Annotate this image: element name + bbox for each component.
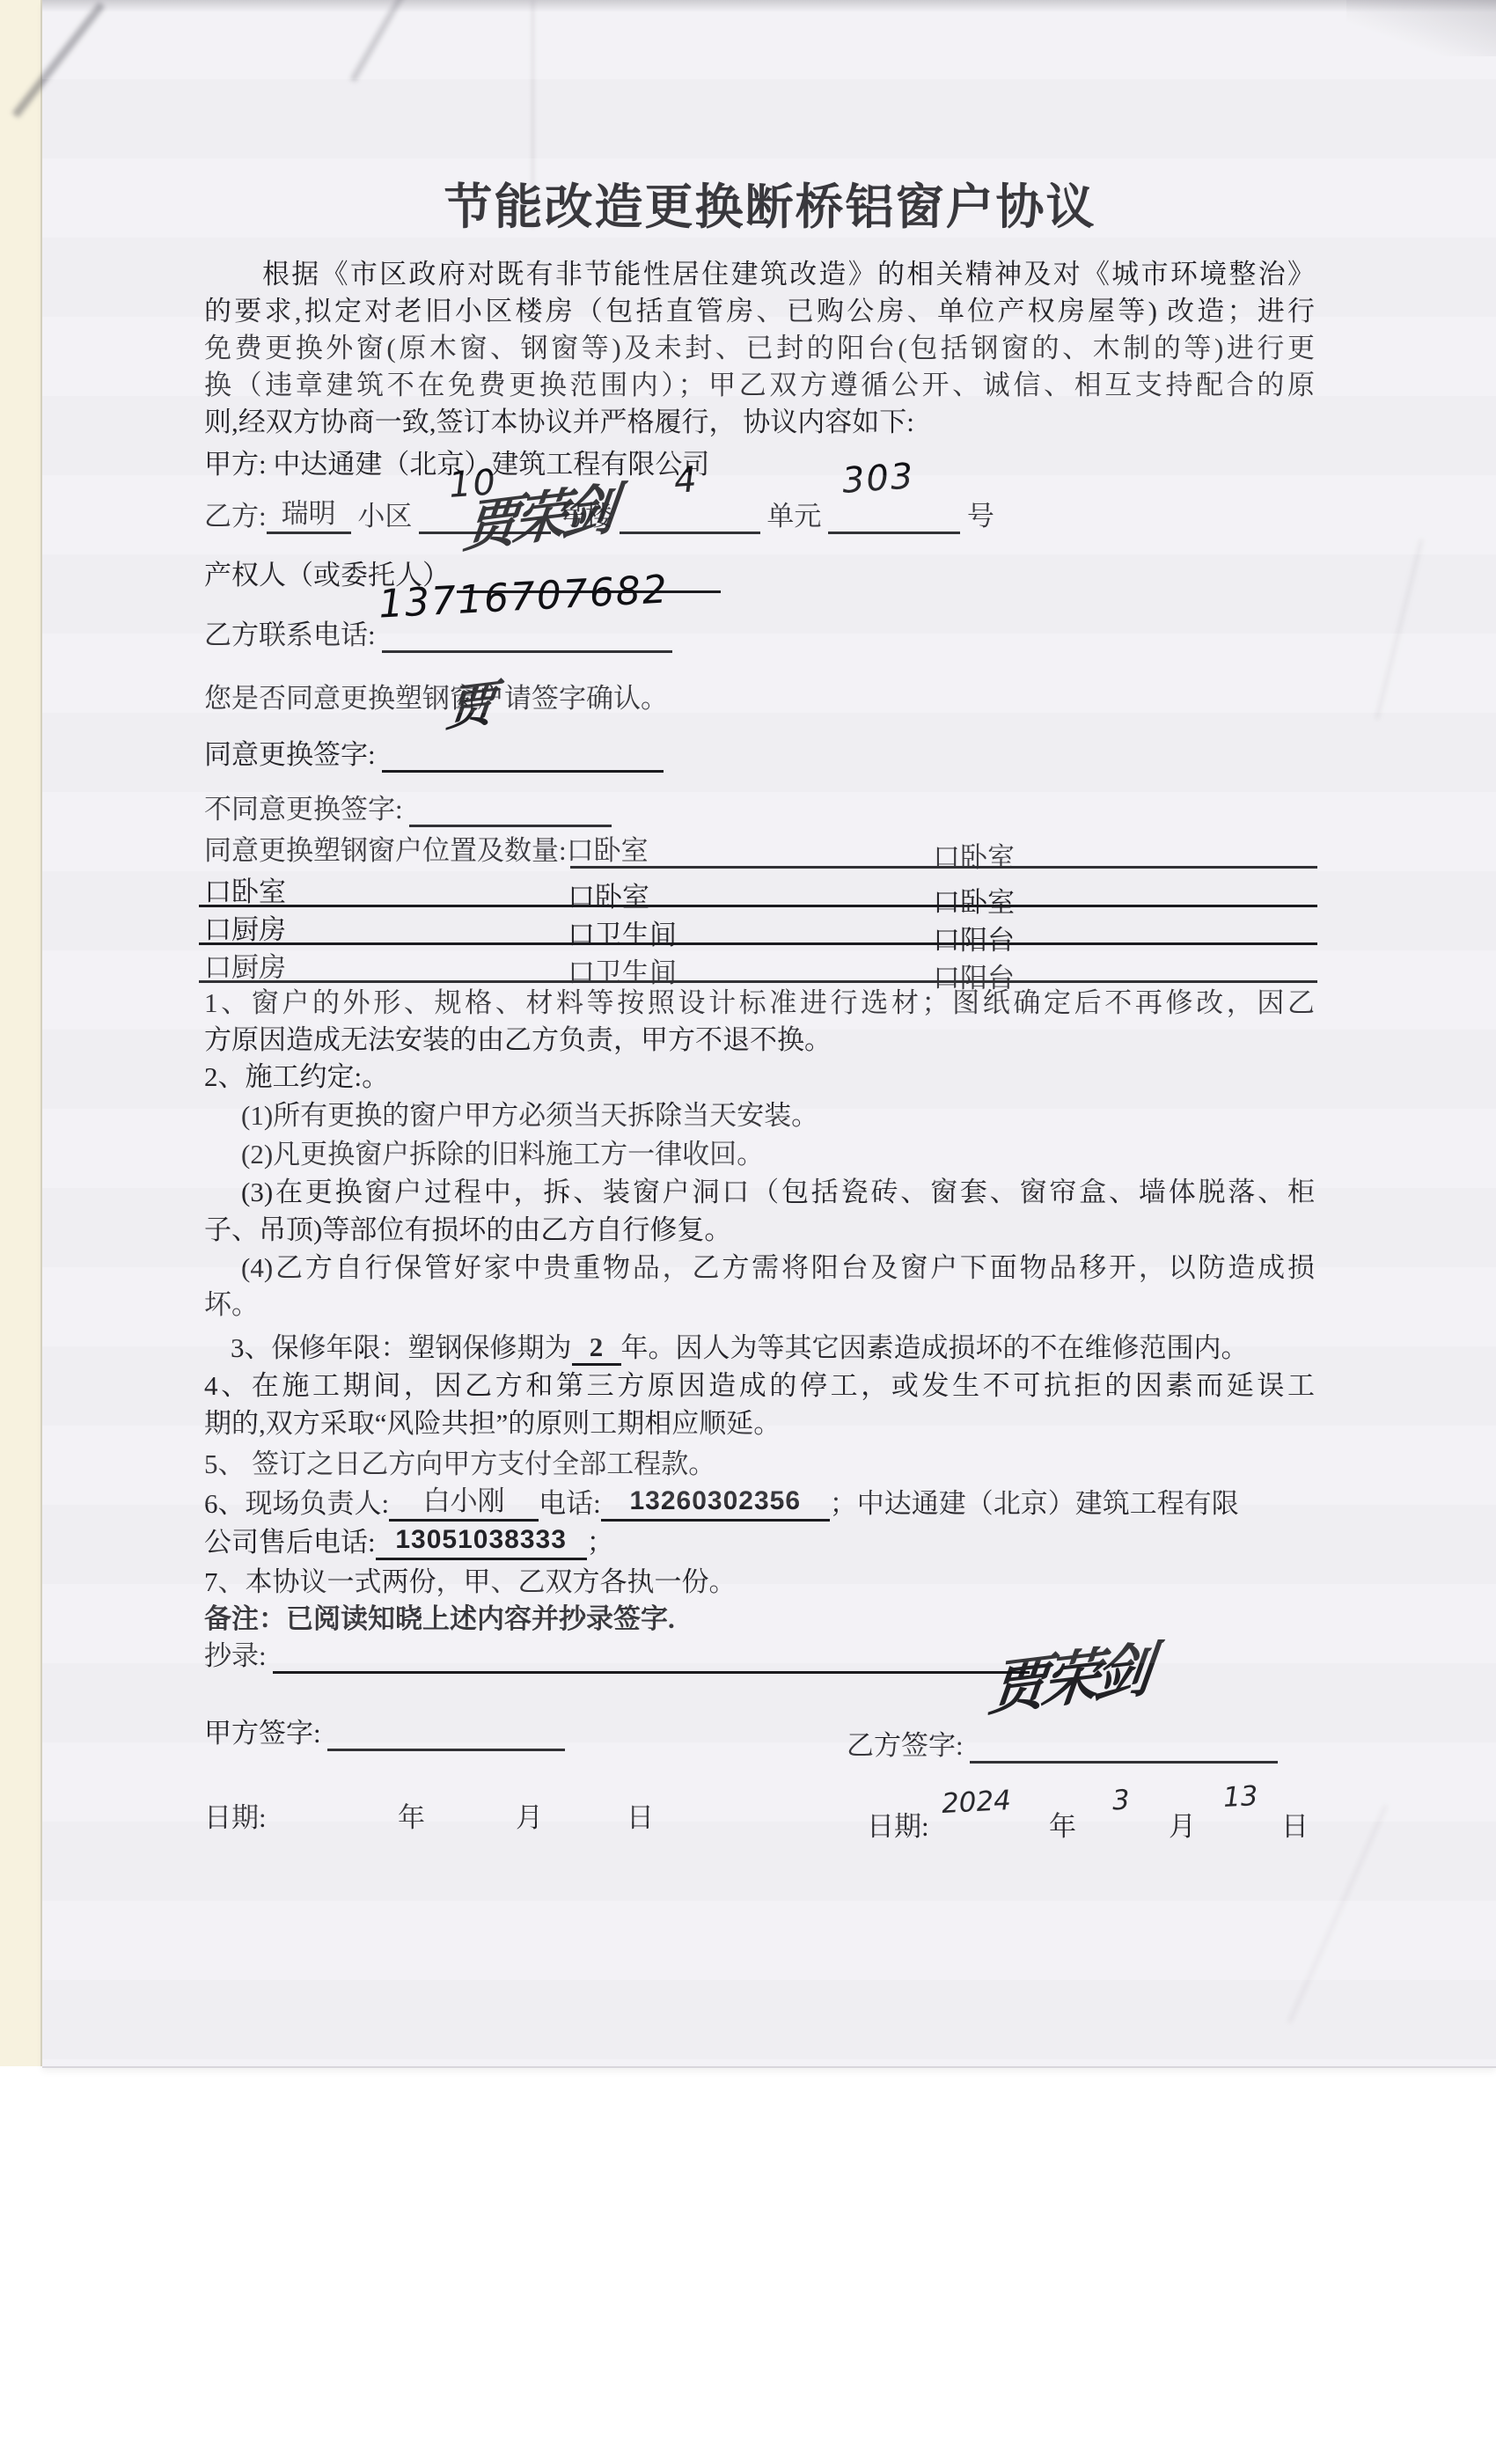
date-a-year-label: 年 xyxy=(398,1795,425,1835)
phone-line: 乙方联系电话: 13716707682 xyxy=(204,618,672,653)
clause-2-heading: 2、施工约定:。 xyxy=(204,1060,389,1095)
clause-7-line: 7、本协议一式两份，甲、乙双方各执一份。 xyxy=(204,1565,737,1600)
hw-owner-signature: 贾荣剑 xyxy=(462,491,613,545)
disagree-sign-field xyxy=(409,793,612,827)
phone-field: 13716707682 xyxy=(382,619,672,653)
confirm-note: 您是否同意更换塑钢窗户请签字确认。 xyxy=(204,681,668,716)
unit-no-field: 4 xyxy=(620,500,760,534)
positions-b1: 口卧室 xyxy=(204,869,286,909)
warranty-years-field: 2 xyxy=(572,1331,621,1366)
hw-date-month: 3 xyxy=(1111,1785,1131,1817)
clause-3-post: 年。因人为等其它因素造成损坏的不在维修范围内。 xyxy=(621,1332,1249,1363)
date-b-month-label: 月 xyxy=(1169,1804,1196,1844)
clause-2-item-4-line-2: 坏。 xyxy=(204,1287,259,1323)
party-b-prefix: 乙方: xyxy=(204,501,267,532)
positions-c1: 口厨房 xyxy=(204,907,286,947)
positions-b2: 口卧室 xyxy=(568,875,649,914)
document-content: 节能改造更换断桥铝窗户协议 根据《市区政府对既有非节能性居住建筑改造》的相关精神… xyxy=(0,0,1496,2066)
clause-6-post: ；中达通建（北京）建筑工程有限 xyxy=(830,1488,1239,1519)
clause-6-tel-label: 电话: xyxy=(539,1488,601,1519)
intro-line-2: 的要求,拟定对老旧小区楼房（包括直管房、已购公房、单位产权房屋等) 改造；进行 xyxy=(204,294,1315,333)
disagree-sign-line: 不同意更换签字: xyxy=(204,792,612,827)
clause-3-pre: 3、保修年限：塑钢保修期为 xyxy=(231,1332,572,1363)
copy-field xyxy=(273,1639,1030,1674)
positions-rule-a xyxy=(570,866,1317,869)
date-b-year-label: 年 xyxy=(1049,1804,1076,1844)
unit-label: 单元 xyxy=(766,501,821,532)
date-a-month-label: 月 xyxy=(516,1795,543,1835)
positions-c2: 口卫生间 xyxy=(568,913,677,952)
clause-6-line-2: 公司售后电话:13051038333； xyxy=(204,1524,614,1560)
positions-b3: 口卧室 xyxy=(933,880,1015,920)
positions-a2: 口卧室 xyxy=(933,835,1015,875)
remark-line: 备注：已阅读知晓上述内容并抄录签字. xyxy=(204,1602,675,1637)
party-b-sign-line: 乙方签字: 贾荣剑 xyxy=(847,1728,1278,1764)
party-a-sign-label: 甲方签字: xyxy=(204,1718,321,1749)
clause-6-line-1: 6、现场负责人:白小刚电话:13260302356；中达通建（北京）建筑工程有限 xyxy=(204,1485,1239,1522)
clause-3-line: 3、保修年限：塑钢保修期为2年。因人为等其它因素造成损坏的不在维修范围内。 xyxy=(231,1331,1249,1366)
hw-date-year: 2024 xyxy=(941,1785,1012,1820)
intro-line-3: 免费更换外窗(原木窗、钢窗等)及未封、已封的阳台(包括钢窗的、木制的等)进行更 xyxy=(204,331,1315,370)
document-title: 节能改造更换断桥铝窗户协议 xyxy=(211,180,1329,235)
paper-sheet: 节能改造更换断桥铝窗户协议 根据《市区政府对既有非节能性居住建筑改造》的相关精神… xyxy=(42,0,1496,2068)
hw-phone-number: 13716707682 xyxy=(378,572,671,622)
positions-label: 同意更换塑钢窗户位置及数量: xyxy=(204,835,567,866)
positions-row-a: 同意更换塑钢窗户位置及数量:口卧室 xyxy=(204,828,649,868)
positions-rule-d xyxy=(199,980,1317,983)
hw-agree-signature: 贾 xyxy=(445,686,492,728)
room-label: 号 xyxy=(967,501,994,532)
scanned-document-page: { "colors":{"paper":"#f2f1f5","left_stri… xyxy=(0,0,1496,2464)
clause-1-line-2: 方原因造成无法安装的由乙方负责，甲方不退不换。 xyxy=(204,1023,832,1058)
clause-2-item-3-line-1: (3)在更换窗户过程中，拆、装窗户洞口（包括瓷砖、窗套、窗帘盒、墙体脱落、柜 xyxy=(204,1175,1315,1214)
clause-2-item-2: (2)凡更换窗户拆除的旧料施工方一律收回。 xyxy=(241,1137,764,1172)
aftersale-label: 公司售后电话: xyxy=(204,1527,376,1558)
date-a-label: 日期: xyxy=(204,1795,267,1835)
party-b-sign-field: 贾荣剑 xyxy=(970,1729,1278,1764)
positions-d2: 口卫生间 xyxy=(568,950,677,990)
xiaoqu-label: 小区 xyxy=(357,501,412,532)
party-b-sign-label: 乙方签字: xyxy=(847,1730,964,1761)
clause-2-item-1: (1)所有更换的窗户甲方必须当天拆除当天安装。 xyxy=(241,1098,818,1133)
site-manager-field: 白小刚 xyxy=(389,1485,539,1522)
party-a-sign-line: 甲方签字: xyxy=(204,1716,565,1751)
intro-line-4: 换（违章建筑不在免费更换范围内）；甲乙双方遵循公开、诚信、相互支持配合的原 xyxy=(204,368,1315,407)
estate-name-field: 瑞明 xyxy=(267,498,351,534)
phone-label: 乙方联系电话: xyxy=(204,620,376,650)
hw-room-no: 303 xyxy=(841,458,916,499)
clause-4-line-2: 期的,双方采取“风险共担”的原则工期相应顺延。 xyxy=(204,1406,781,1441)
clause-4-line-1: 4、在施工期间，因乙方和第三方原因造成的停工，或发生不可抗拒的因素而延误工 xyxy=(204,1368,1315,1407)
clause-1-line-1: 1、窗户的外形、规格、材料等按照设计标准进行选材；图纸确定后不再修改，因乙 xyxy=(204,986,1315,1024)
date-b-day-label: 日 xyxy=(1281,1804,1309,1844)
room-no-field: 303 xyxy=(828,500,960,534)
positions-rule-b xyxy=(199,905,1317,907)
site-manager-phone-field: 13260302356 xyxy=(601,1485,830,1522)
date-b-label: 日期: xyxy=(867,1804,929,1844)
positions-rule-c xyxy=(199,942,1317,945)
positions-c3: 口阳台 xyxy=(933,918,1015,957)
date-a-day-label: 日 xyxy=(627,1795,654,1835)
clause-6-pre: 6、现场负责人: xyxy=(204,1488,389,1519)
clause-2-item-4-line-1: (4)乙方自行保管好家中贵重物品，乙方需将阳台及窗户下面物品移开，以防造成损 xyxy=(204,1250,1315,1289)
clause-2-item-3-line-2: 子、吊顶)等部位有损坏的由乙方自行修复。 xyxy=(204,1213,731,1248)
aftersale-post: ； xyxy=(587,1527,614,1558)
copy-line: 抄录: xyxy=(204,1639,1030,1674)
agree-sign-line: 同意更换签字: 贾 xyxy=(204,737,664,773)
agree-sign-label: 同意更换签字: xyxy=(204,739,376,770)
hw-unit-no: 4 xyxy=(672,462,699,499)
disagree-sign-label: 不同意更换签字: xyxy=(204,794,403,825)
intro-line-1: 根据《市区政府对既有非节能性居住建筑改造》的相关精神及对《城市环境整治》 xyxy=(204,257,1315,296)
aftersale-phone-field: 13051038333 xyxy=(376,1524,587,1560)
agree-sign-field: 贾 xyxy=(382,738,664,773)
positions-a1: 口卧室 xyxy=(567,835,649,866)
copy-label: 抄录: xyxy=(204,1640,267,1671)
party-a-sign-field xyxy=(327,1717,565,1751)
hw-party-b-signature: 贾荣剑 xyxy=(988,1653,1150,1708)
clause-5-line: 5、 签订之日乙方向甲方支付全部工程款。 xyxy=(204,1447,715,1482)
positions-d1: 口厨房 xyxy=(204,945,286,985)
intro-line-5: 则,经双方协商一致,签订本协议并严格履行， 协议内容如下: xyxy=(204,405,914,440)
hw-date-day: 13 xyxy=(1222,1780,1258,1814)
